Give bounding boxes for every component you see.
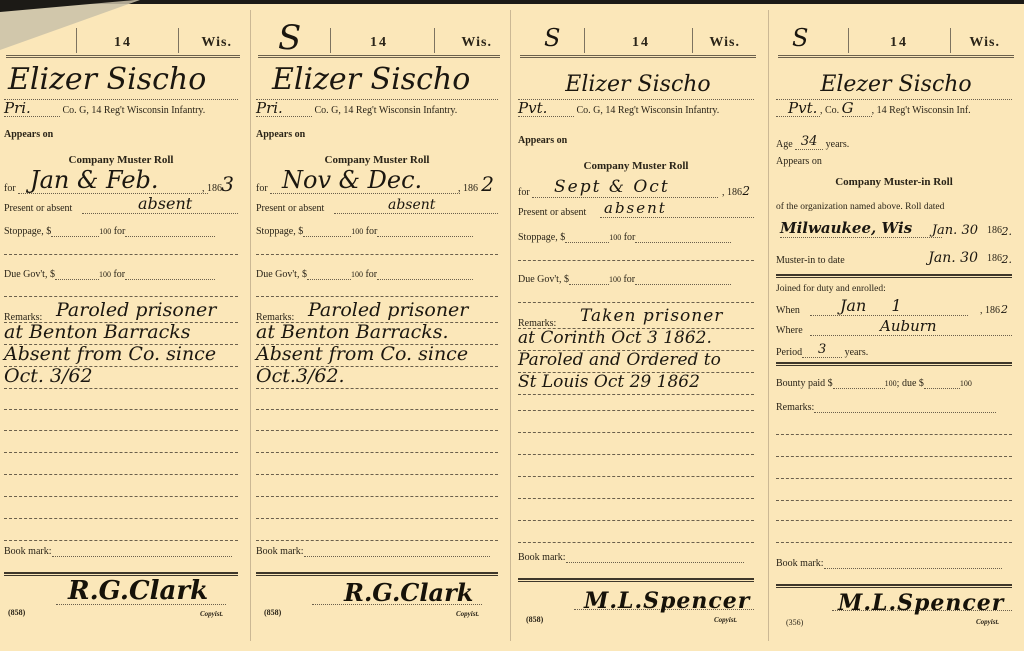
header-separator — [950, 28, 951, 53]
blank-line — [776, 520, 1012, 521]
blank-line — [518, 432, 754, 433]
blank-line — [256, 430, 498, 431]
remark-line: at Corinth Oct 3 1862. — [518, 328, 712, 349]
blank-line — [256, 296, 498, 297]
form-number: (356) — [786, 618, 803, 627]
blank-line — [518, 328, 754, 329]
present-label: Present or absent — [518, 207, 586, 218]
bookmark-row: Book mark: — [518, 552, 754, 563]
header-separator — [178, 28, 179, 53]
blank-line — [518, 372, 754, 373]
double-rule — [776, 274, 1012, 278]
stoppage-label: Stoppage, $ — [4, 226, 51, 237]
stoppage-cents: 100 — [99, 227, 111, 236]
blank-line — [4, 540, 238, 541]
header-separator — [584, 28, 585, 53]
stoppage-label: Stoppage, $ — [518, 232, 565, 243]
soldier-name: Elizer Sischo — [256, 60, 498, 100]
copyist-signature: M.L.Spencer — [584, 588, 750, 614]
blank-line — [518, 302, 754, 303]
copyist-signature: R.G.Clark — [68, 576, 208, 606]
for-word: for — [365, 269, 377, 280]
remark-line: Absent from Co. since — [4, 344, 216, 365]
bookmark-label: Book mark: — [518, 552, 566, 563]
muster-year-prefix: 186 — [987, 253, 1002, 264]
service-card-1: 14 Wis. Elizer Sischo Pri. Co. G, 14 Reg… — [0, 4, 250, 651]
present-row: Present or absent absent — [256, 198, 498, 216]
blank-line — [4, 254, 238, 255]
present-row: Present or absent absent — [4, 198, 238, 216]
remark-line: at Benton Barracks. — [256, 322, 449, 343]
double-rule — [776, 362, 1012, 366]
present-row: Present or absent absent — [518, 202, 754, 220]
card-divider — [250, 10, 251, 641]
regiment-number: 14 — [370, 35, 388, 51]
period-row: Period3 years. — [776, 342, 1012, 358]
roll-year-suffix: 2. — [1002, 225, 1013, 238]
state-label: Wis. — [461, 35, 492, 51]
soldier-name: Elezer Sischo — [776, 68, 1012, 100]
remark-line: Oct.3/62. — [256, 366, 345, 387]
blank-line — [518, 394, 754, 395]
blank-line — [256, 254, 498, 255]
blank-line — [776, 542, 1012, 543]
unit-line: Pri. Co. G, 14 Reg't Wisconsin Infantry. — [256, 100, 498, 122]
blank-line — [518, 454, 754, 455]
card-divider — [768, 10, 769, 641]
state-label: Wis. — [709, 35, 740, 51]
year-suffix: 2 — [481, 172, 494, 196]
remarks-row: Remarks: — [776, 402, 1012, 413]
unit-line: Pri. Co. G, 14 Reg't Wisconsin Infantry. — [4, 100, 238, 122]
roll-title: Company Muster Roll — [4, 154, 238, 166]
soldier-name: Elizer Sischo — [4, 60, 238, 100]
blank-line — [4, 296, 238, 297]
org-text: of the organization named above. Roll da… — [776, 202, 1012, 212]
form-number: (858) — [8, 608, 25, 617]
bookmark-row: Book mark: — [776, 558, 1012, 569]
copyist-label: Copyist. — [714, 616, 737, 624]
blank-line — [776, 456, 1012, 457]
when-year-prefix: , 186 — [980, 305, 1000, 316]
joined-label: Joined for duty and enrolled: — [776, 284, 1012, 294]
due-cents: 100 — [99, 270, 111, 279]
stoppage-row: Stoppage, $100 for — [518, 232, 754, 243]
remark-line: Taken prisoner — [580, 306, 723, 327]
unit-text: Co. G, 14 Reg't Wisconsin Infantry. — [63, 105, 206, 116]
present-value: absent — [82, 194, 238, 214]
header-separator — [434, 28, 435, 53]
blank-line — [256, 496, 498, 497]
age-suffix: years. — [826, 139, 850, 150]
due-label: Due Gov't, $ — [518, 274, 569, 285]
due-row: Due Gov't, $100 for — [256, 269, 498, 280]
unit-text: , 14 Reg't Wisconsin Inf. — [872, 105, 971, 116]
double-rule — [518, 578, 754, 582]
appears-on-label: Appears on — [776, 156, 1012, 167]
when-label: When — [776, 305, 800, 316]
remark-line: Paroled and Ordered to — [518, 350, 721, 371]
service-card-4: S 14 Wis. Elezer Sischo Pvt., Co. G, 14 … — [772, 4, 1024, 651]
for-label: for — [518, 187, 530, 198]
roll-period-row: for Sept & Oct , 186 2 — [518, 176, 754, 200]
rank: Pri. — [256, 100, 312, 117]
blank-line — [4, 430, 238, 431]
roll-title: Company Muster-in Roll — [776, 176, 1012, 188]
period-suffix: years. — [845, 347, 869, 358]
copyist-label: Copyist. — [200, 610, 223, 618]
for-word: for — [113, 269, 125, 280]
blank-line — [256, 409, 498, 410]
state-label: Wis. — [201, 35, 232, 51]
roll-period-row: for Nov & Dec. , 186 2 — [256, 168, 498, 196]
blank-line — [256, 452, 498, 453]
blank-line — [4, 496, 238, 497]
roll-title: Company Muster Roll — [256, 154, 498, 166]
for-label: for — [4, 183, 16, 194]
remark-line: Paroled prisoner — [308, 300, 468, 321]
roll-dated-row: Milwaukee, Wis Jan. 30 186 2. — [776, 218, 1012, 240]
blank-line — [518, 350, 754, 351]
due-row: Due Gov't, $100 for — [518, 274, 754, 285]
bookmark-row: Book mark: — [4, 546, 238, 557]
stoppage-row: Stoppage, $100 for — [4, 226, 238, 237]
roll-date: Jan. 30 — [932, 223, 978, 238]
present-label: Present or absent — [4, 203, 72, 214]
regiment-number: 14 — [632, 35, 650, 51]
card-header: S 14 Wis. — [778, 24, 1014, 58]
muster-in-row: Muster-in to date Jan. 30 186 2. — [776, 248, 1012, 268]
service-card-3: S 14 Wis. Elizer Sischo Pvt. Co. G, 14 R… — [514, 4, 766, 651]
year-prefix: , 186 — [722, 187, 742, 198]
header-separator — [692, 28, 693, 53]
copyist-signature: R.G.Clark — [344, 578, 473, 607]
bookmark-row: Book mark: — [256, 546, 498, 557]
soldier-name: Elizer Sischo — [518, 68, 754, 100]
header-separator — [330, 28, 331, 53]
blank-line — [4, 388, 238, 389]
bookmark-label: Book mark: — [256, 546, 304, 557]
appears-on-label: Appears on — [4, 129, 238, 140]
age-row: Age 34 years. — [776, 134, 1012, 150]
co-label: , Co. — [820, 105, 839, 116]
stoppage-row: Stoppage, $100 for — [256, 226, 498, 237]
when-year-suffix: 2 — [1001, 303, 1008, 316]
rank: Pvt. — [776, 100, 820, 117]
folded-corner-shadow — [0, 0, 135, 12]
copyist-label: Copyist. — [456, 610, 479, 618]
for-word: for — [623, 274, 635, 285]
appears-on-label: Appears on — [256, 129, 498, 140]
roll-year-prefix: 186 — [987, 225, 1002, 236]
period-label: Period — [776, 347, 802, 358]
blank-line — [518, 520, 754, 521]
where-label: Where — [776, 325, 803, 336]
stoppage-label: Stoppage, $ — [256, 226, 303, 237]
blank-line — [256, 540, 498, 541]
due-cents: 100 — [351, 270, 363, 279]
age-value: 34 — [795, 134, 823, 150]
roll-period: Nov & Dec. — [270, 167, 460, 194]
index-letter: S — [278, 21, 301, 55]
roll-period: Jan & Feb. — [18, 167, 208, 194]
muster-date: Jan. 30 — [928, 250, 978, 266]
when-value: Jan 1 — [810, 296, 968, 316]
remark-line: Oct. 3/62 — [4, 366, 93, 387]
blank-line — [776, 478, 1012, 479]
card-header: S 14 Wis. — [520, 24, 756, 58]
blank-line — [4, 366, 238, 367]
bounty-due-label: ; due $ — [897, 378, 924, 389]
period-value: 3 — [802, 342, 842, 358]
where-value: Auburn — [810, 317, 1012, 336]
bounty-cents: 100 — [885, 379, 897, 388]
muster-year-suffix: 2. — [1002, 253, 1013, 266]
remark-line: at Benton Barracks — [4, 322, 190, 343]
header-separator — [848, 28, 849, 53]
bookmark-label: Book mark: — [776, 558, 824, 569]
blank-line — [518, 410, 754, 411]
for-word: for — [366, 226, 378, 237]
year-prefix: , 186 — [458, 183, 478, 194]
blank-line — [518, 498, 754, 499]
unit-text: Co. G, 14 Reg't Wisconsin Infantry. — [315, 105, 458, 116]
form-number: (858) — [264, 608, 281, 617]
present-label: Present or absent — [256, 203, 324, 214]
card-divider — [510, 10, 511, 641]
copyist-signature: M.L.Spencer — [838, 590, 1004, 616]
age-label: Age — [776, 139, 793, 150]
state-label: Wis. — [969, 35, 1000, 51]
year-prefix: , 186 — [202, 183, 222, 194]
copyist-label: Copyist. — [976, 618, 999, 626]
present-value: absent — [600, 199, 754, 218]
due-row: Due Gov't, $100 for — [4, 269, 238, 280]
due-label: Due Gov't, $ — [4, 269, 55, 280]
unit-line: Pvt. Co. G, 14 Reg't Wisconsin Infantry. — [518, 100, 754, 122]
roll-period-row: for Jan & Feb. , 186 3 — [4, 168, 238, 196]
card-header: S 14 Wis. — [258, 24, 500, 58]
due-cents: 100 — [609, 275, 621, 284]
blank-line — [256, 518, 498, 519]
rank: Pvt. — [518, 100, 574, 117]
blank-line — [256, 474, 498, 475]
blank-line — [4, 344, 238, 345]
unit-line: Pvt., Co. G, 14 Reg't Wisconsin Inf. — [776, 100, 1012, 122]
blank-line — [4, 518, 238, 519]
due-label: Due Gov't, $ — [256, 269, 307, 280]
remarks-label: Remarks: — [776, 402, 814, 413]
stoppage-cents: 100 — [609, 233, 621, 242]
appears-on-label: Appears on — [518, 135, 754, 146]
bounty-label: Bounty paid $ — [776, 378, 833, 389]
bounty-due-cents: 100 — [960, 379, 972, 388]
blank-line — [256, 366, 498, 367]
year-suffix: 3 — [221, 172, 234, 196]
double-rule — [256, 572, 498, 576]
remark-line: Paroled prisoner — [56, 300, 216, 321]
blank-line — [4, 322, 238, 323]
where-row: Where Auburn — [776, 320, 1012, 338]
for-label: for — [256, 183, 268, 194]
blank-line — [776, 434, 1012, 435]
blank-line — [256, 322, 498, 323]
remark-line: Absent from Co. since — [256, 344, 468, 365]
index-letter: S — [792, 21, 808, 55]
index-letter: S — [544, 21, 560, 55]
bookmark-label: Book mark: — [4, 546, 52, 557]
muster-label: Muster-in to date — [776, 255, 845, 266]
roll-title: Company Muster Roll — [518, 160, 754, 172]
blank-line — [518, 542, 754, 543]
remark-line: St Louis Oct 29 1862 — [518, 372, 700, 393]
regiment-number: 14 — [890, 35, 908, 51]
double-rule — [776, 584, 1012, 588]
blank-line — [256, 388, 498, 389]
present-value: absent — [334, 197, 498, 214]
for-word: for — [114, 226, 126, 237]
company-letter: G — [842, 100, 872, 117]
blank-line — [776, 500, 1012, 501]
blank-line — [518, 260, 754, 261]
unit-text: Co. G, 14 Reg't Wisconsin Infantry. — [577, 105, 720, 116]
blank-line — [4, 452, 238, 453]
rank: Pri. — [4, 100, 60, 117]
roll-period: Sept & Oct — [532, 177, 718, 198]
when-row: When Jan 1 , 186 2 — [776, 300, 1012, 318]
bounty-row: Bounty paid $100; due $100 — [776, 378, 1012, 389]
blank-line — [518, 476, 754, 477]
blank-line — [4, 474, 238, 475]
stoppage-cents: 100 — [351, 227, 363, 236]
service-card-2: S 14 Wis. Elizer Sischo Pri. Co. G, 14 R… — [252, 4, 510, 651]
blank-line — [256, 344, 498, 345]
roll-place: Milwaukee, Wis — [780, 219, 942, 238]
year-suffix: 2 — [742, 184, 750, 198]
for-word: for — [624, 232, 636, 243]
form-number: (858) — [526, 615, 543, 624]
blank-line — [4, 409, 238, 410]
